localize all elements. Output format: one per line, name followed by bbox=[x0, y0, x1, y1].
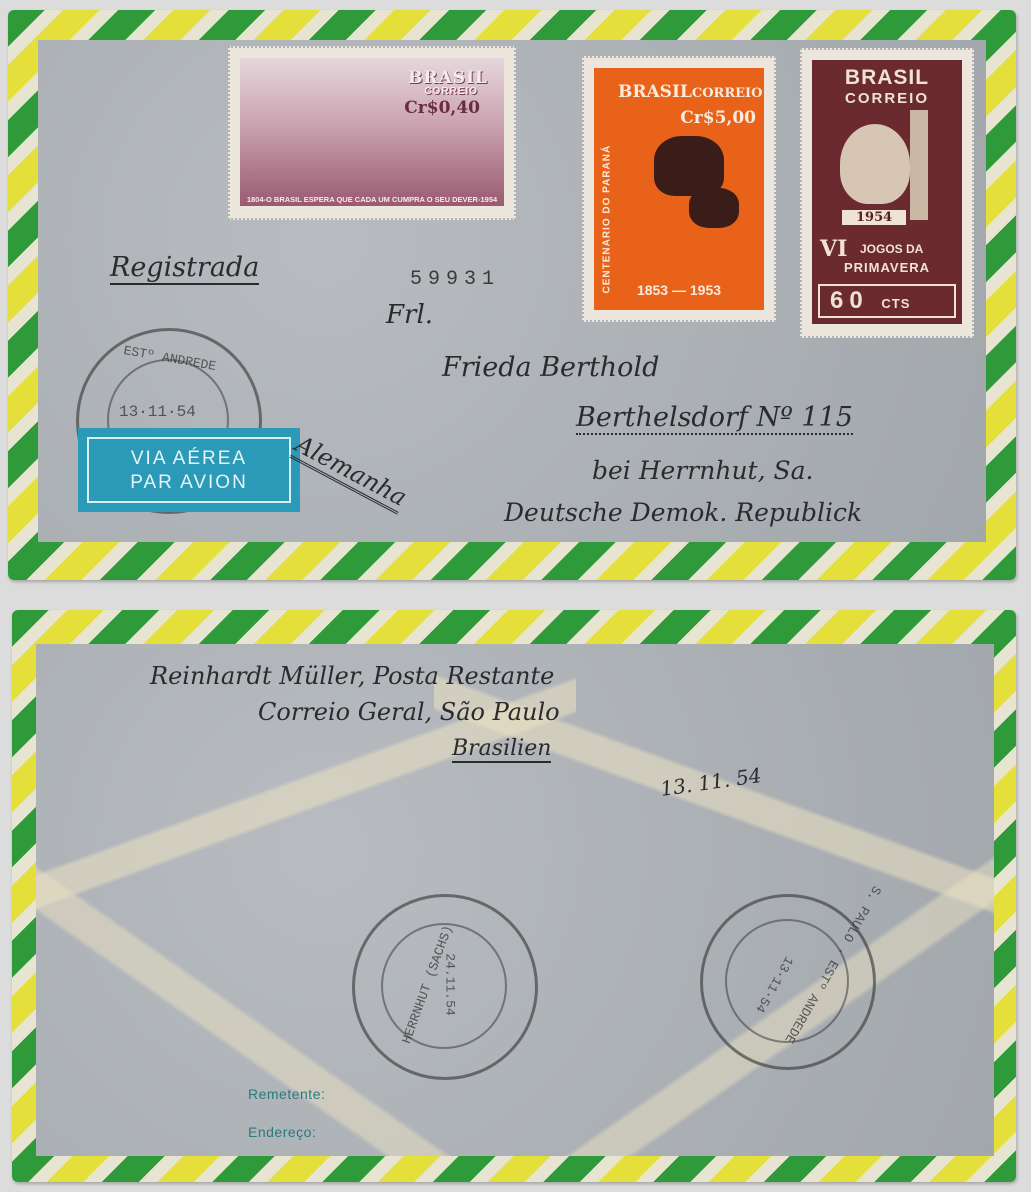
envelope-back: Reinhardt Müller, Posta Restante Correio… bbox=[12, 610, 1016, 1182]
stamp-country: BRASIL bbox=[812, 66, 962, 90]
stamp-country: BRASILCORREIO bbox=[618, 82, 762, 102]
stamp-numeral: VI bbox=[820, 236, 847, 262]
stamp-value: Cr$0,40 bbox=[404, 98, 480, 118]
envelope-front: BRASIL CORREIO Cr$0,40 1804-O BRASIL ESP… bbox=[8, 10, 1016, 580]
stamp-jogos-primavera: BRASIL CORREIO 1954 VI JOGOS DA PRIMAVER… bbox=[802, 50, 972, 336]
stamp-label: CORREIO bbox=[812, 90, 962, 107]
return-address-line2: Correio Geral, São Paulo bbox=[258, 698, 560, 726]
return-address-line3: Brasilien bbox=[452, 736, 551, 763]
address-name: Frieda Berthold bbox=[442, 352, 659, 383]
stamp-side-text: CENTENARIO DO PARANÁ bbox=[602, 144, 613, 294]
bull-icon bbox=[689, 188, 739, 228]
stamp-title: JOGOS DA bbox=[860, 242, 923, 256]
airmail-label: VIA AÉREA PAR AVION bbox=[78, 428, 300, 512]
registered-note: Registrada bbox=[110, 252, 259, 285]
stamp-title: PRIMAVERA bbox=[812, 260, 962, 275]
return-address-line1: Reinhardt Müller, Posta Restante bbox=[150, 662, 554, 690]
stamp-country: BRASIL bbox=[408, 68, 488, 88]
registration-number: 59931 bbox=[410, 268, 500, 291]
bull-icon bbox=[654, 136, 724, 196]
address-label: Endereço: bbox=[248, 1124, 316, 1140]
address-country: Deutsche Demok. Republick bbox=[504, 498, 862, 527]
address-city: bei Herrnhut, Sa. bbox=[592, 456, 813, 485]
postmark-sao-paulo: S. PAULO · ESTº ANDREDE 13·11·54 bbox=[700, 894, 876, 1070]
torch-icon bbox=[910, 110, 928, 220]
stamp-040-naval: BRASIL CORREIO Cr$0,40 1804-O BRASIL ESP… bbox=[230, 48, 514, 218]
airmail-line1: VIA AÉREA bbox=[78, 448, 300, 470]
postmark-herrnhut: HERRNHUT (SACHS) 24.11.54 bbox=[352, 894, 538, 1080]
girl-portrait-icon bbox=[840, 124, 910, 204]
address-salutation: Frl. bbox=[386, 300, 433, 330]
stamp-value: Cr$5,00 bbox=[680, 108, 756, 128]
stamp-year: 1954 bbox=[842, 210, 906, 225]
stamp-label: CORREIO bbox=[424, 86, 478, 97]
stamp-years: 1853 — 1953 bbox=[594, 282, 764, 298]
stamp-value: 60 CTS bbox=[818, 284, 956, 318]
address-street: Berthelsdorf Nº 115 bbox=[576, 402, 853, 435]
stamp-parana-centenary: BRASILCORREIO Cr$5,00 CENTENARIO DO PARA… bbox=[584, 58, 774, 320]
stamp-caption: 1804-O BRASIL ESPERA QUE CADA UM CUMPRA … bbox=[244, 195, 500, 204]
airmail-line2: PAR AVION bbox=[78, 472, 300, 494]
sender-label: Remetente: bbox=[248, 1086, 325, 1102]
